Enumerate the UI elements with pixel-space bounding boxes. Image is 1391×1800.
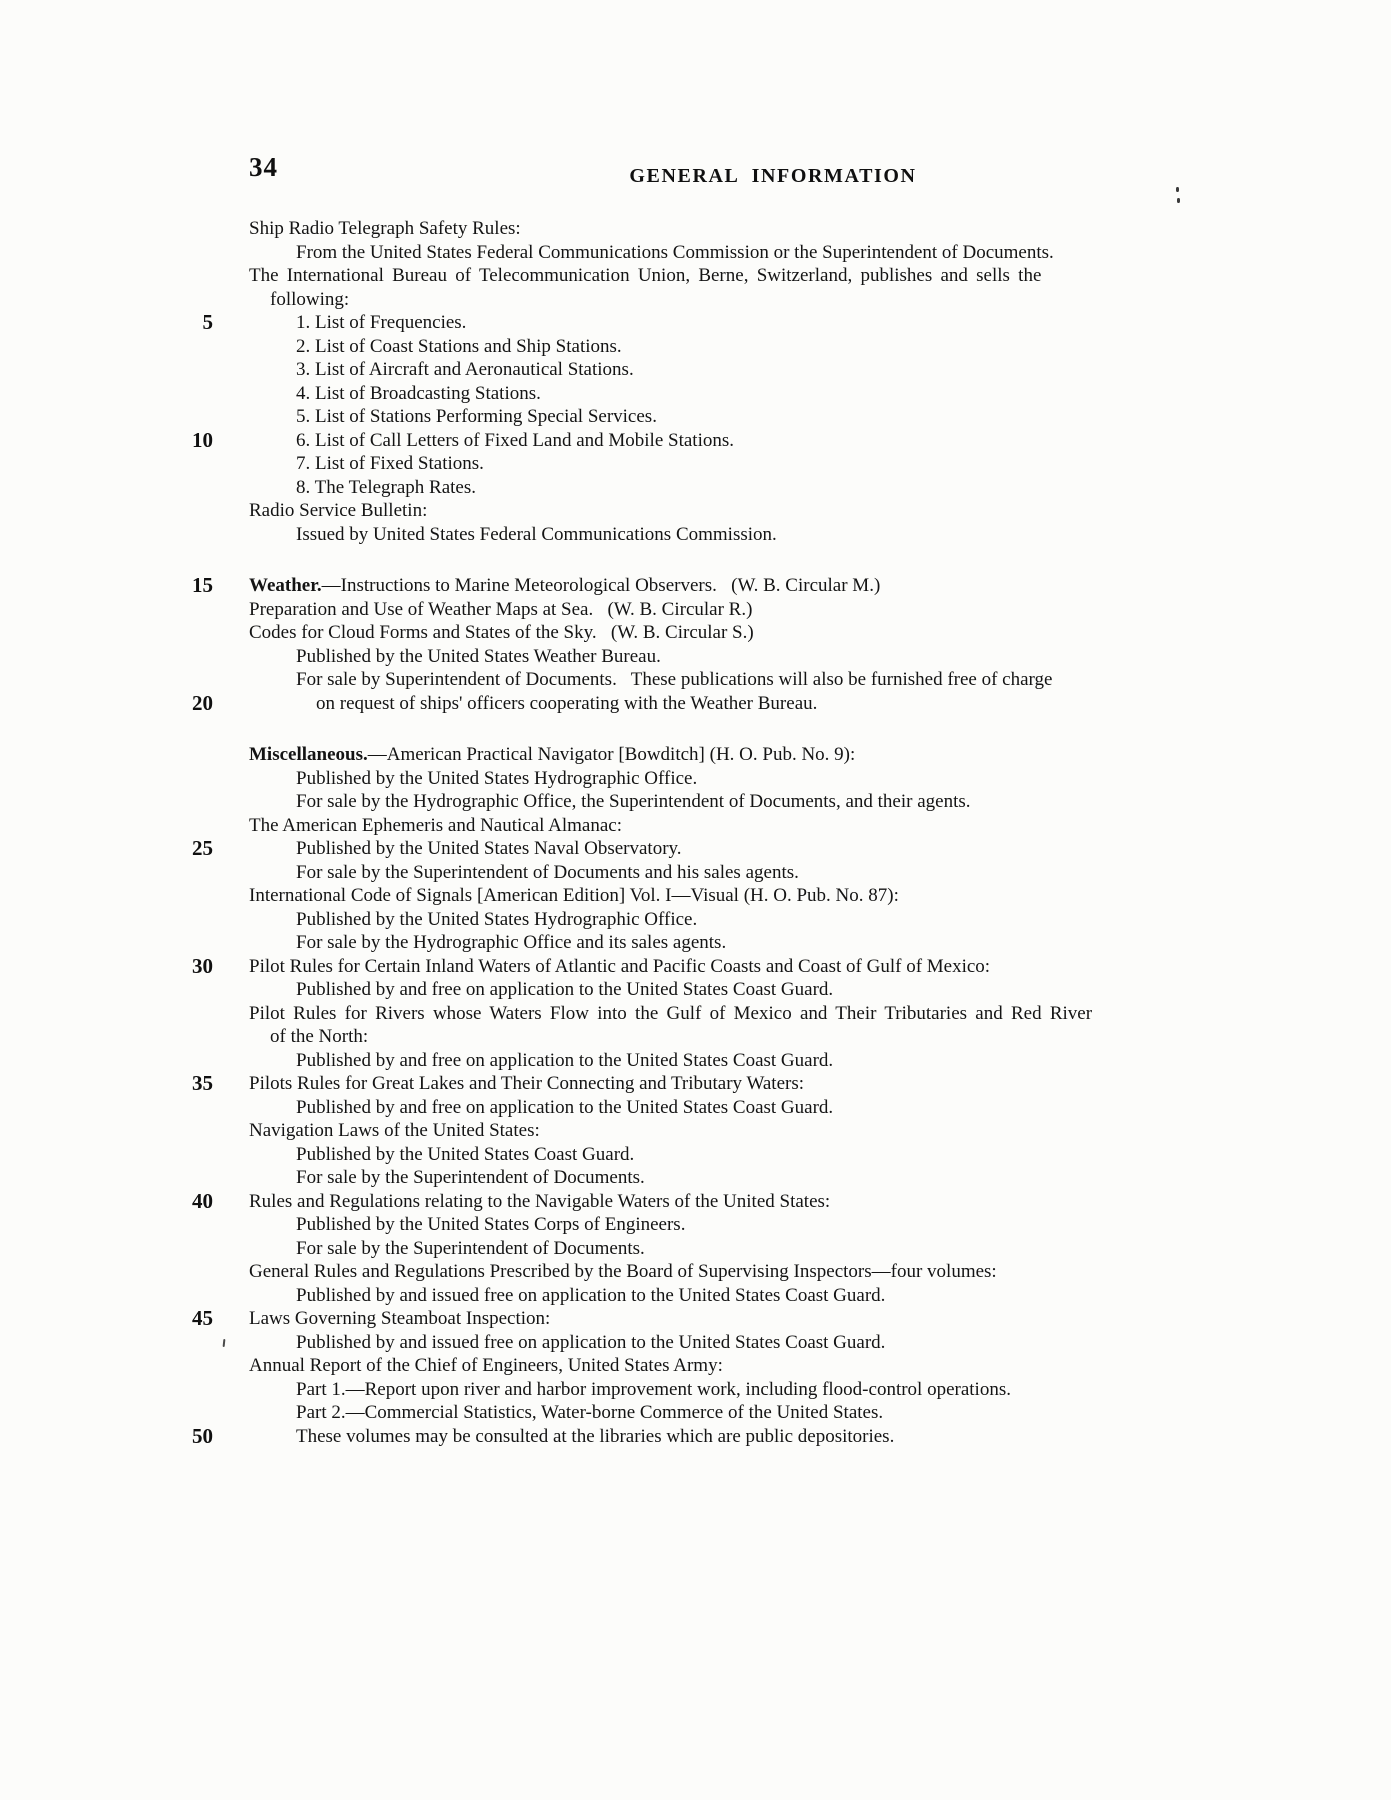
- text-line: 25Published by the United States Naval O…: [249, 837, 1135, 861]
- text-line: For sale by the Superintendent of Docume…: [249, 1237, 1135, 1261]
- text-line: 35Pilots Rules for Great Lakes and Their…: [249, 1072, 1135, 1096]
- scan-speck-icon: [223, 1339, 226, 1347]
- text-line: 7. List of Fixed Stations.: [249, 452, 1135, 476]
- text-line: 8. The Telegraph Rates.: [249, 476, 1135, 500]
- text-line: Published by and issued free on applicat…: [249, 1331, 1135, 1355]
- text-line: From the United States Federal Communica…: [249, 241, 1135, 265]
- line-number: 30: [153, 955, 213, 979]
- text-block: Ship Radio Telegraph Safety Rules:From t…: [249, 217, 1135, 1448]
- text-line: For sale by Superintendent of Documents.…: [249, 668, 1135, 692]
- text-line: Preparation and Use of Weather Maps at S…: [249, 598, 1135, 622]
- text-line: Published by the United States Corps of …: [249, 1213, 1135, 1237]
- text-line: For sale by the Hydrographic Office, the…: [249, 790, 1135, 814]
- text-line: Published by and free on application to …: [249, 978, 1135, 1002]
- bold-lead-word: Miscellaneous.: [249, 744, 368, 765]
- text-line: 15Weather.—Instructions to Marine Meteor…: [249, 574, 1135, 598]
- text-line: 5. List of Stations Performing Special S…: [249, 405, 1135, 429]
- line-number: 5: [153, 311, 213, 335]
- text-line: Part 1.—Report upon river and harbor imp…: [249, 1378, 1135, 1402]
- section-gap: [249, 715, 1135, 743]
- document-page: 34 GENERAL INFORMATION Ship Radio Telegr…: [0, 0, 1391, 1800]
- line-number: 40: [153, 1190, 213, 1214]
- text-line: Radio Service Bulletin:: [249, 499, 1135, 523]
- text-line: General Rules and Regulations Prescribed…: [249, 1260, 1135, 1284]
- text-line: Part 2.—Commercial Statistics, Water-bor…: [249, 1401, 1135, 1425]
- text-line: 2. List of Coast Stations and Ship Stati…: [249, 335, 1135, 359]
- text-line: Issued by United States Federal Communic…: [249, 523, 1135, 547]
- text-line: Published by and free on application to …: [249, 1096, 1135, 1120]
- line-number: 45: [153, 1307, 213, 1331]
- page-header: 34 GENERAL INFORMATION: [249, 146, 1149, 190]
- text-line: For sale by the Hydrographic Office and …: [249, 931, 1135, 955]
- line-number: 35: [153, 1072, 213, 1096]
- line-number: 50: [153, 1425, 213, 1449]
- text-line: 4. List of Broadcasting Stations.: [249, 382, 1135, 406]
- bold-lead-word: Weather.: [249, 575, 322, 596]
- section-gap: [249, 546, 1135, 574]
- text-line: Codes for Cloud Forms and States of the …: [249, 621, 1135, 645]
- text-line: 30Pilot Rules for Certain Inland Waters …: [249, 955, 1135, 979]
- text-line: Pilot Rules for Rivers whose Waters Flow…: [249, 1002, 1135, 1026]
- text-line: 51. List of Frequencies.: [249, 311, 1135, 335]
- text-line: Published by and issued free on applicat…: [249, 1284, 1135, 1308]
- text-line: 106. List of Call Letters of Fixed Land …: [249, 429, 1135, 453]
- text-line: 50These volumes may be consulted at the …: [249, 1425, 1135, 1449]
- scan-speck-icon: [1176, 187, 1179, 192]
- text-line: following:: [249, 288, 1135, 312]
- page-title: GENERAL INFORMATION: [629, 165, 916, 188]
- text-line: of the North:: [249, 1025, 1135, 1049]
- text-line: For sale by the Superintendent of Docume…: [249, 861, 1135, 885]
- text-line: Published by the United States Hydrograp…: [249, 767, 1135, 791]
- text-line: Published by the United States Weather B…: [249, 645, 1135, 669]
- text-line: 40Rules and Regulations relating to the …: [249, 1190, 1135, 1214]
- text-line: Published by the United States Hydrograp…: [249, 908, 1135, 932]
- text-line: Annual Report of the Chief of Engineers,…: [249, 1354, 1135, 1378]
- text-line: Miscellaneous.—American Practical Naviga…: [249, 743, 1135, 767]
- line-number: 10: [153, 429, 213, 453]
- text-line: Published by the United States Coast Gua…: [249, 1143, 1135, 1167]
- text-line: The International Bureau of Telecommunic…: [249, 264, 1135, 288]
- line-number: 15: [153, 574, 213, 598]
- text-line: The American Ephemeris and Nautical Alma…: [249, 814, 1135, 838]
- text-line: Published by and free on application to …: [249, 1049, 1135, 1073]
- text-line: Navigation Laws of the United States:: [249, 1119, 1135, 1143]
- text-line: For sale by the Superintendent of Docume…: [249, 1166, 1135, 1190]
- text-line: 45Laws Governing Steamboat Inspection:: [249, 1307, 1135, 1331]
- text-line: 3. List of Aircraft and Aeronautical Sta…: [249, 358, 1135, 382]
- line-number: 25: [153, 837, 213, 861]
- text-line: 20on request of ships' officers cooperat…: [249, 692, 1135, 716]
- line-number: 20: [153, 692, 213, 716]
- text-line: Ship Radio Telegraph Safety Rules:: [249, 217, 1135, 241]
- text-line: International Code of Signals [American …: [249, 884, 1135, 908]
- page-number: 34: [249, 152, 278, 183]
